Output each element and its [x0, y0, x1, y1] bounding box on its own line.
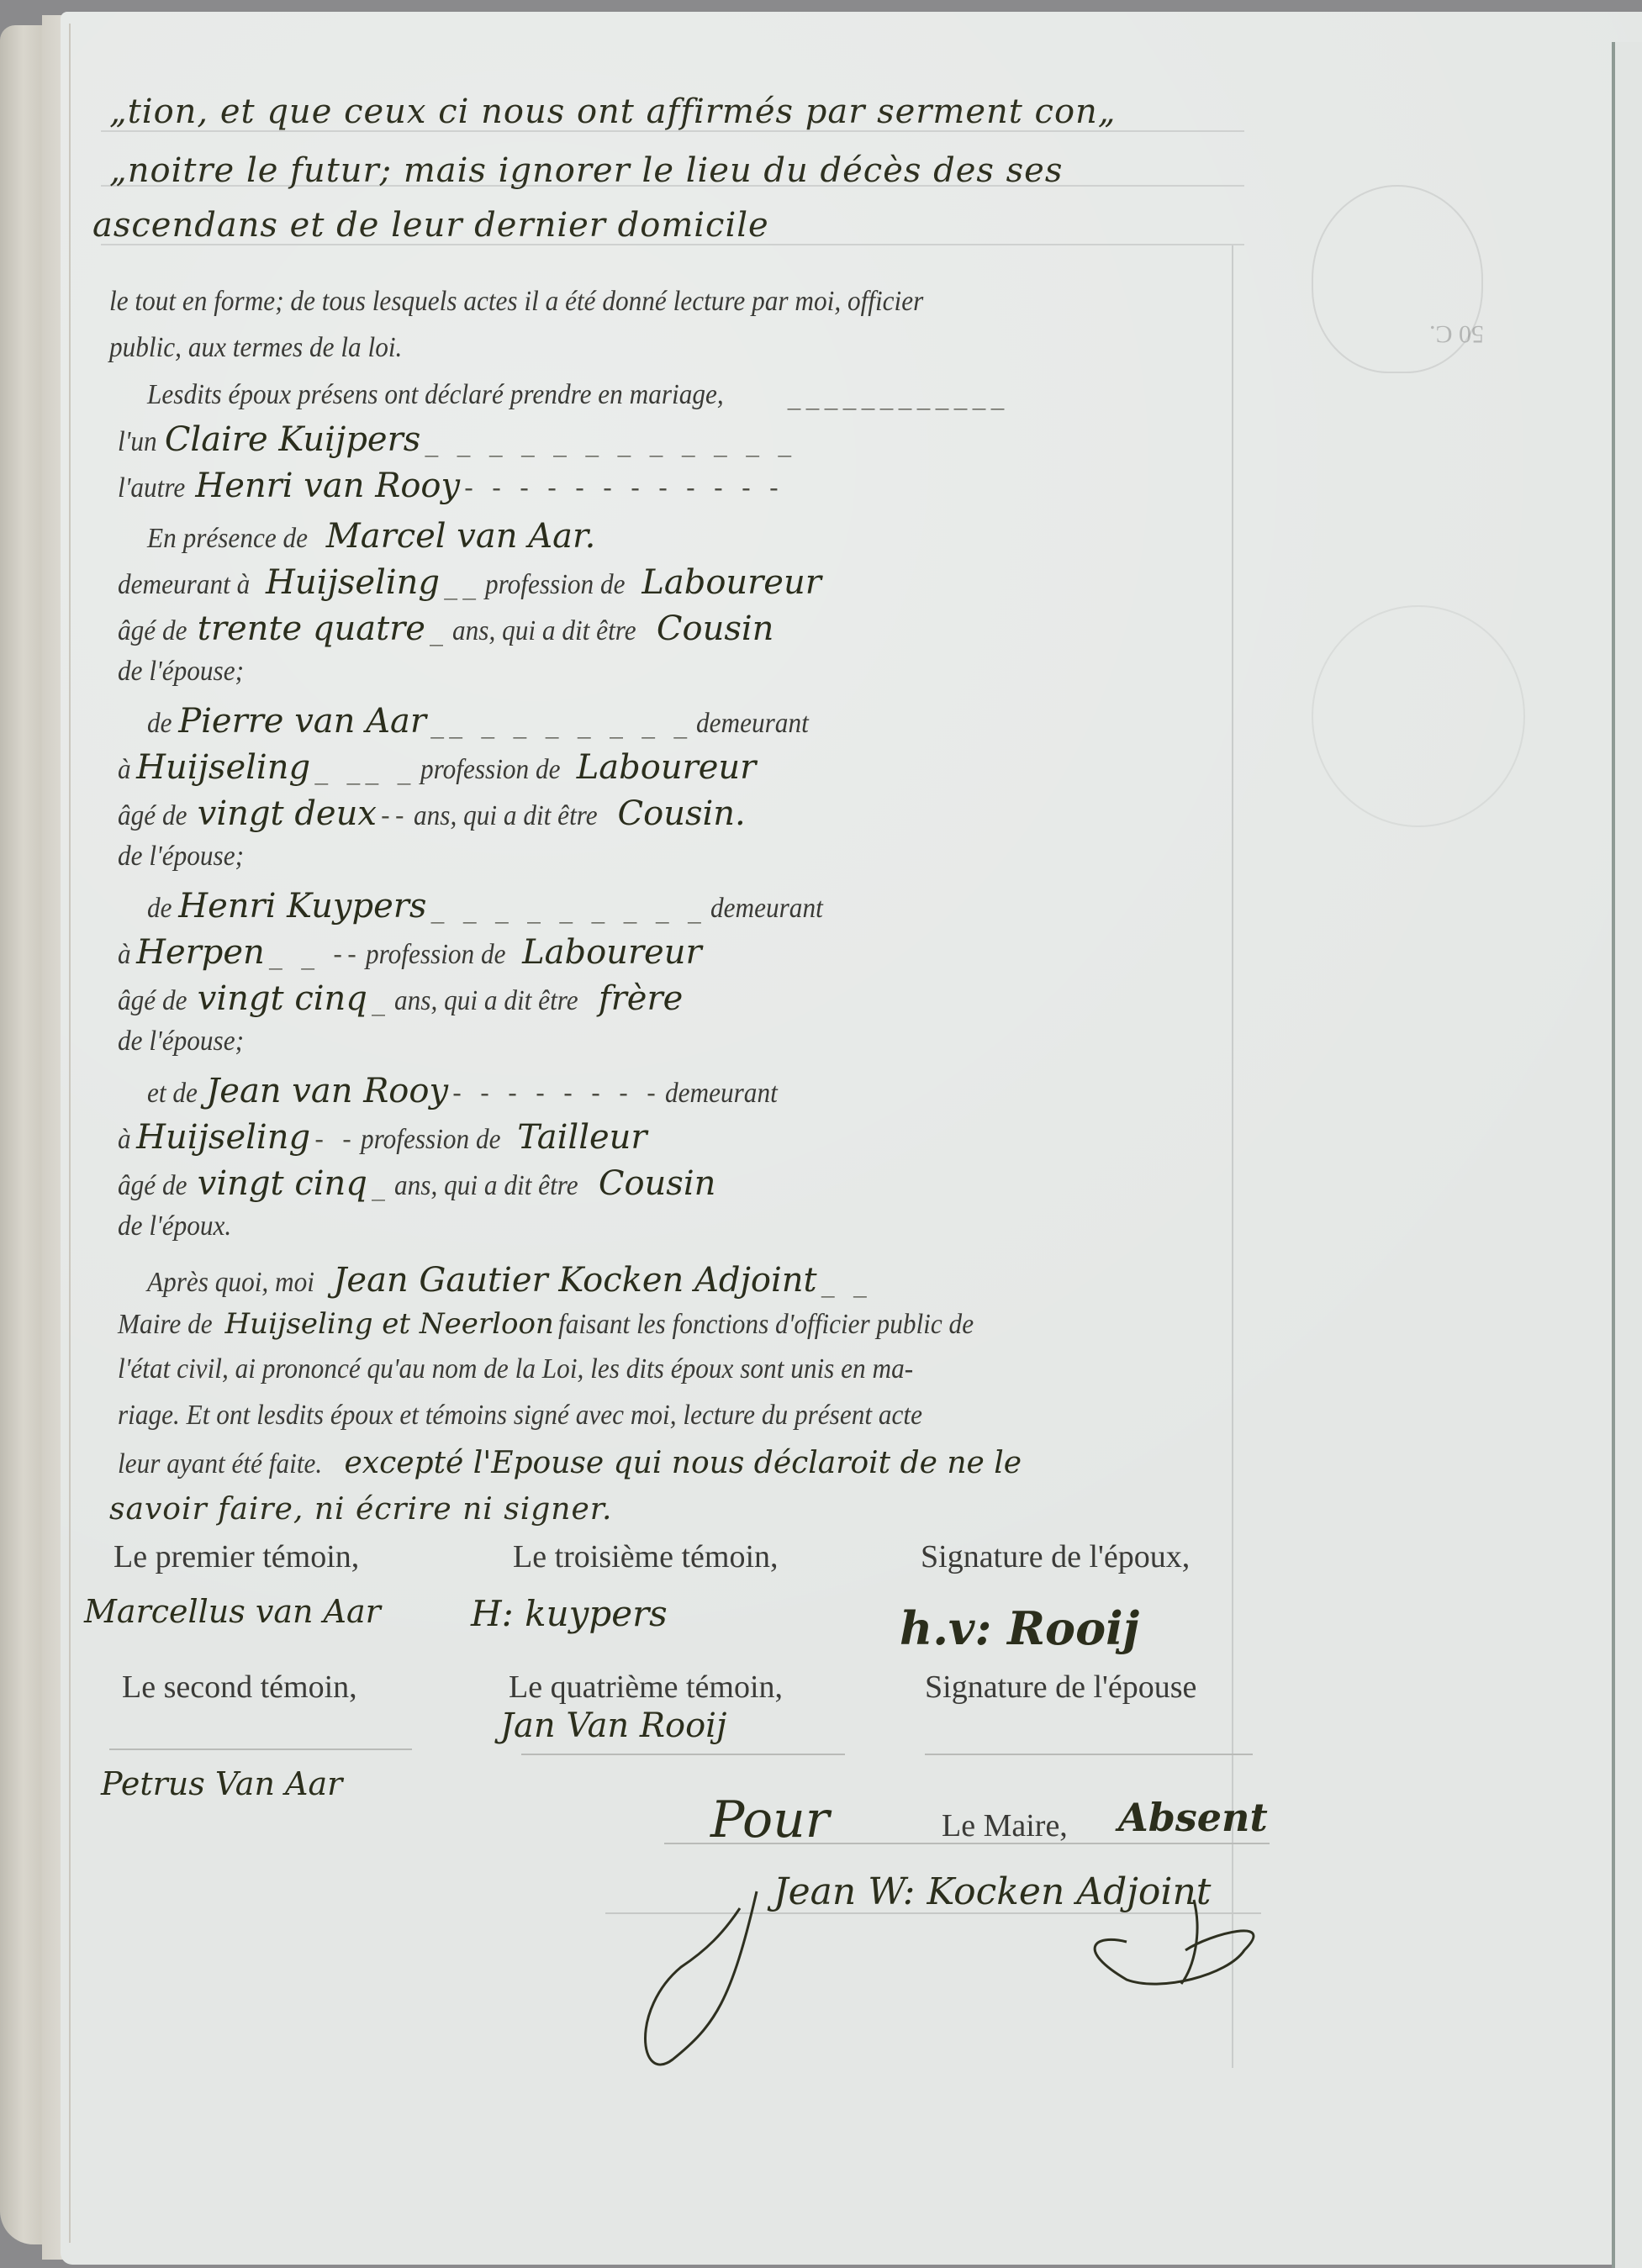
maire-absent: Absent — [1118, 1795, 1268, 1840]
witness-3-of-line: de l'épouse; — [118, 1026, 255, 1058]
signature-epoux: h.v: Rooij — [900, 1601, 1139, 1655]
closing-line-6: savoir faire, ni écrire ni signer. — [109, 1492, 612, 1527]
declaration-line: Lesdits époux présens ont déclaré prendr… — [147, 378, 1010, 411]
label-signature-epoux: Signature de l'époux, — [921, 1538, 1190, 1575]
closing-line-4: riage. Et ont lesdits époux et témoins s… — [118, 1400, 992, 1432]
witness-3-age-line: âgé de vingt cinq _ ans, qui a dit être … — [118, 979, 683, 1018]
signature-second-temoin: Petrus Van Aar — [101, 1765, 342, 1802]
witness-1-residence-line: demeurant à Huijseling __ profession de … — [118, 563, 821, 602]
label-troisieme-temoin: Le troisième témoin, — [513, 1538, 779, 1575]
officer-name: Jean Gautier Kocken Adjoint — [333, 1261, 816, 1300]
witness-4-of-line: de l'époux. — [118, 1210, 241, 1242]
witness-3-name: Henri Kuypers — [178, 887, 426, 926]
signature-line-quatrieme-temoin — [521, 1754, 845, 1755]
signature-quatrieme-temoin: Jan Van Rooij — [500, 1706, 726, 1745]
label-maire: Le Maire, — [942, 1807, 1068, 1844]
adjacent-page-strip — [1615, 42, 1642, 2268]
witness-1-of-line: de l'épouse; — [118, 656, 255, 688]
label-quatrieme-temoin: Le quatrième témoin, — [509, 1669, 783, 1706]
spouse-line-un: l'un Claire Kuijpers _ _ _ _ _ _ _ _ _ _… — [118, 420, 796, 459]
witness-1-name-line: En présence de Marcel van Aar. — [147, 517, 595, 556]
witness-1-name: Marcel van Aar. — [326, 517, 596, 556]
spouse-line-autre: l'autre Henri van Rooy - - - - - - - - -… — [118, 467, 784, 505]
printed-intro-1: le tout en forme; de tous lesquels actes… — [109, 286, 995, 318]
maire-pour: Pour — [710, 1791, 829, 1849]
continuation-line-1: „tion, et que ceux ci nous ont affirmés … — [109, 92, 1117, 131]
stamp-value: 50 C. — [1429, 319, 1484, 348]
commune-name: Huijseling et Neerloon — [225, 1307, 554, 1341]
officer-line: Après quoi, moi Jean Gautier Kocken Adjo… — [147, 1261, 872, 1300]
faint-seal-circle — [1312, 605, 1525, 827]
commune-line: Maire de Huijseling et Neerloon faisant … — [118, 1307, 1010, 1341]
bride-name: Claire Kuijpers — [165, 420, 420, 459]
signature-line-second-temoin — [109, 1748, 412, 1750]
closing-line-3: l'état civil, ai prononcé qu'au nom de l… — [118, 1353, 982, 1385]
witness-2-of-line: de l'épouse; — [118, 841, 255, 873]
groom-name: Henri van Rooy — [195, 467, 460, 505]
witness-4-age-line: âgé de vingt cinq _ ans, qui a dit être … — [118, 1164, 715, 1203]
label-premier-temoin: Le premier témoin, — [114, 1538, 359, 1575]
continuation-line-2: „noitre le futur; mais ignorer le lieu d… — [109, 151, 1063, 190]
closing-line-5: leur ayant été faite. excepté l'Epouse q… — [118, 1446, 1022, 1480]
witness-4-name-line: et de Jean van Rooy - - - - - - - - deme… — [147, 1072, 787, 1110]
witness-2-name-line: de Pierre van Aar __ _ _ _ _ _ _ _ demeu… — [147, 702, 819, 741]
witness-2-age-line: âgé de vingt deux -- ans, qui a dit être… — [118, 794, 746, 833]
continuation-line-3: ascendans et de leur dernier domicile — [92, 206, 769, 245]
witness-3-residence-line: à Herpen _ _ -- profession de Laboureur — [118, 933, 702, 972]
page-inner-border — [69, 24, 79, 2243]
witness-3-name-line: de Henri Kuypers _ _ _ _ _ _ _ _ _ demeu… — [147, 887, 832, 926]
label-second-temoin: Le second témoin, — [122, 1669, 357, 1706]
signature-premier-temoin: Marcellus van Aar — [84, 1593, 381, 1630]
witness-4-name: Jean van Rooy — [206, 1072, 448, 1110]
printed-intro-2: public, aux termes de la loi. — [109, 332, 428, 364]
witness-1-age-line: âgé de trente quatre _ ans, qui a dit êt… — [118, 609, 773, 648]
witness-4-residence-line: à Huijseling - - profession de Tailleur — [118, 1118, 647, 1157]
witness-2-name: Pierre van Aar — [178, 702, 426, 741]
label-signature-epouse: Signature de l'épouse — [925, 1669, 1196, 1706]
signature-troisieme-temoin: H: kuypers — [471, 1593, 668, 1634]
signature-flourish-icon — [622, 1883, 1312, 2102]
witness-2-residence-line: à Huijseling _ __ _ profession de Labour… — [118, 748, 756, 787]
signature-line-epouse — [925, 1754, 1253, 1755]
